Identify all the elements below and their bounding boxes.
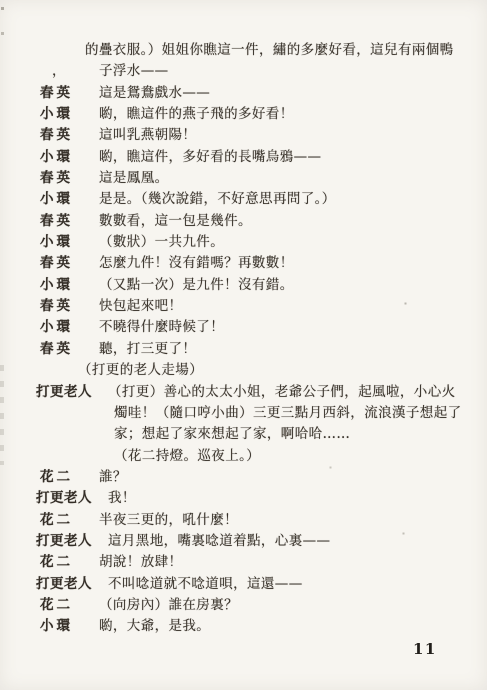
dialogue-text: 喲，瞧這件的燕子飛的多好看！ [99, 104, 294, 125]
script-line: 的疊衣服。）姐姐你瞧這一件，繡的多麼好看，這兒有兩個鴨 [0, 40, 487, 61]
speaker-name: 小環 [40, 189, 73, 210]
scan-artifact-specks [0, 0, 1, 1]
script-text-block: 的疊衣服。）姐姐你瞧這一件，繡的多麼好看，這兒有兩個鴨 ， 子浮水—— 春英 這… [0, 40, 487, 638]
script-line: 春英 這是鴛鴦戲水—— [0, 83, 487, 104]
speaker-name: 小環 [40, 232, 73, 253]
dialogue-text: （打更的老人走場） [78, 360, 203, 381]
script-line: 春英 聽，打三更了！ [0, 339, 487, 360]
speaker-name: 小環 [40, 147, 73, 168]
dialogue-text: 這月黑地，嘴裏唸道着點，心裏—— [108, 531, 330, 552]
dialogue-text: 聽，打三更了！ [99, 339, 196, 360]
dialogue-text: 喲，大爺，是我。 [99, 616, 210, 637]
dialogue-text: 家；想起了家來想起了家，啊哈哈…… [114, 424, 350, 445]
dialogue-text: 半夜三更的，吼什麼！ [99, 510, 238, 531]
speaker-name: 春英 [40, 168, 73, 189]
script-line: 花二 誰？ [0, 467, 487, 488]
dialogue-text: 誰？ [99, 467, 127, 488]
script-line: 小環 是是。（幾次說錯，不好意思再問了。） [0, 189, 487, 210]
dialogue-text: （花二持燈。巡夜上。） [114, 446, 260, 467]
dialogue-text: 這叫乳燕朝陽！ [99, 125, 196, 146]
dialogue-text: 子浮水—— [99, 61, 169, 82]
speaker-name: 打更老人 [36, 488, 92, 509]
speaker-name: 小環 [40, 104, 73, 125]
script-line: （打更的老人走場） [0, 360, 487, 381]
speaker-name: 小環 [40, 317, 73, 338]
dialogue-text: 不曉得什麼時候了！ [99, 317, 224, 338]
speaker-name: 春英 [40, 211, 73, 232]
script-line: 打更老人 （打更）善心的太太小姐，老爺公子們，起風啦，小心火 [0, 382, 487, 403]
speaker-name: 春英 [40, 339, 73, 360]
dialogue-text: 是是。（幾次說錯，不好意思再問了。） [99, 189, 336, 210]
script-line: 春英 快包起來吧！ [0, 296, 487, 317]
script-line: 春英 這是鳳凰。 [0, 168, 487, 189]
speaker-name: 打更老人 [36, 382, 92, 403]
dialogue-text: 怎麼九件！沒有錯嗎？再數數！ [99, 253, 294, 274]
script-line: 打更老人 我！ [0, 488, 487, 509]
script-line: 小環 （數狀）一共九件。 [0, 232, 487, 253]
dialogue-text: （打更）善心的太太小姐，老爺公子們，起風啦，小心火 [108, 382, 456, 403]
dialogue-text: 燭哇！（隨口哼小曲）三更三點月西斜，流浪漢子想起了 [114, 403, 462, 424]
script-line: ， 子浮水—— [0, 61, 487, 82]
speaker-name: 春英 [40, 125, 73, 146]
dialogue-text: 不叫唸道就不唸道唄，這還—— [108, 574, 303, 595]
page-number: 11 [413, 640, 437, 658]
script-line: 春英 這叫乳燕朝陽！ [0, 125, 487, 146]
speaker-name: 春英 [40, 253, 73, 274]
speaker-name: 打更老人 [36, 574, 92, 595]
script-line: 小環 不曉得什麼時候了！ [0, 317, 487, 338]
script-line: 小環 喲，瞧這件，多好看的長嘴烏鴉—— [0, 147, 487, 168]
script-line: 小環 喲，大爺，是我。 [0, 616, 487, 637]
speaker-name: 打更老人 [36, 531, 92, 552]
speaker-name: 春英 [40, 296, 73, 317]
script-line: 打更老人 這月黑地，嘴裏唸道着點，心裏—— [0, 531, 487, 552]
script-line: （花二持燈。巡夜上。） [0, 446, 487, 467]
dialogue-text: 這是鴛鴦戲水—— [99, 83, 210, 104]
speaker-name: 春英 [40, 83, 73, 104]
script-line: 花二 半夜三更的，吼什麼！ [0, 510, 487, 531]
scanned-script-page: 的疊衣服。）姐姐你瞧這一件，繡的多麼好看，這兒有兩個鴨 ， 子浮水—— 春英 這… [0, 0, 487, 690]
dialogue-text: 我！ [108, 488, 136, 509]
dialogue-text: （向房內）誰在房裏？ [99, 595, 238, 616]
script-line: 花二 胡說！放肆！ [0, 552, 487, 573]
script-line: 小環 喲，瞧這件的燕子飛的多好看！ [0, 104, 487, 125]
script-line: 燭哇！（隨口哼小曲）三更三點月西斜，流浪漢子想起了 [0, 403, 487, 424]
speaker-name: 花二 [40, 467, 73, 488]
dialogue-text: 數數看，這一包是幾件。 [99, 211, 252, 232]
speaker-name: 花二 [40, 595, 73, 616]
script-line: 春英 怎麼九件！沒有錯嗎？再數數！ [0, 253, 487, 274]
dialogue-text: 的疊衣服。）姐姐你瞧這一件，繡的多麼好看，這兒有兩個鴨 [85, 40, 454, 61]
dialogue-text: 這是鳳凰。 [99, 168, 169, 189]
script-line: 打更老人 不叫唸道就不唸道唄，這還—— [0, 574, 487, 595]
script-line: 春英 數數看，這一包是幾件。 [0, 211, 487, 232]
dialogue-text: 胡說！放肆！ [99, 552, 182, 573]
dialogue-text: 快包起來吧！ [99, 296, 182, 317]
dialogue-text: （又點一次）是九件！沒有錯。 [99, 275, 294, 296]
dialogue-text: 喲，瞧這件，多好看的長嘴烏鴉—— [99, 147, 321, 168]
margin-punctuation: ， [52, 61, 66, 82]
dialogue-text: （數狀）一共九件。 [99, 232, 224, 253]
script-line: 花二 （向房內）誰在房裏？ [0, 595, 487, 616]
speaker-name: 小環 [40, 616, 73, 637]
speaker-name: 花二 [40, 552, 73, 573]
script-line: 小環 （又點一次）是九件！沒有錯。 [0, 275, 487, 296]
speaker-name: 小環 [40, 275, 73, 296]
speaker-name: 花二 [40, 510, 73, 531]
script-line: 家；想起了家來想起了家，啊哈哈…… [0, 424, 487, 445]
